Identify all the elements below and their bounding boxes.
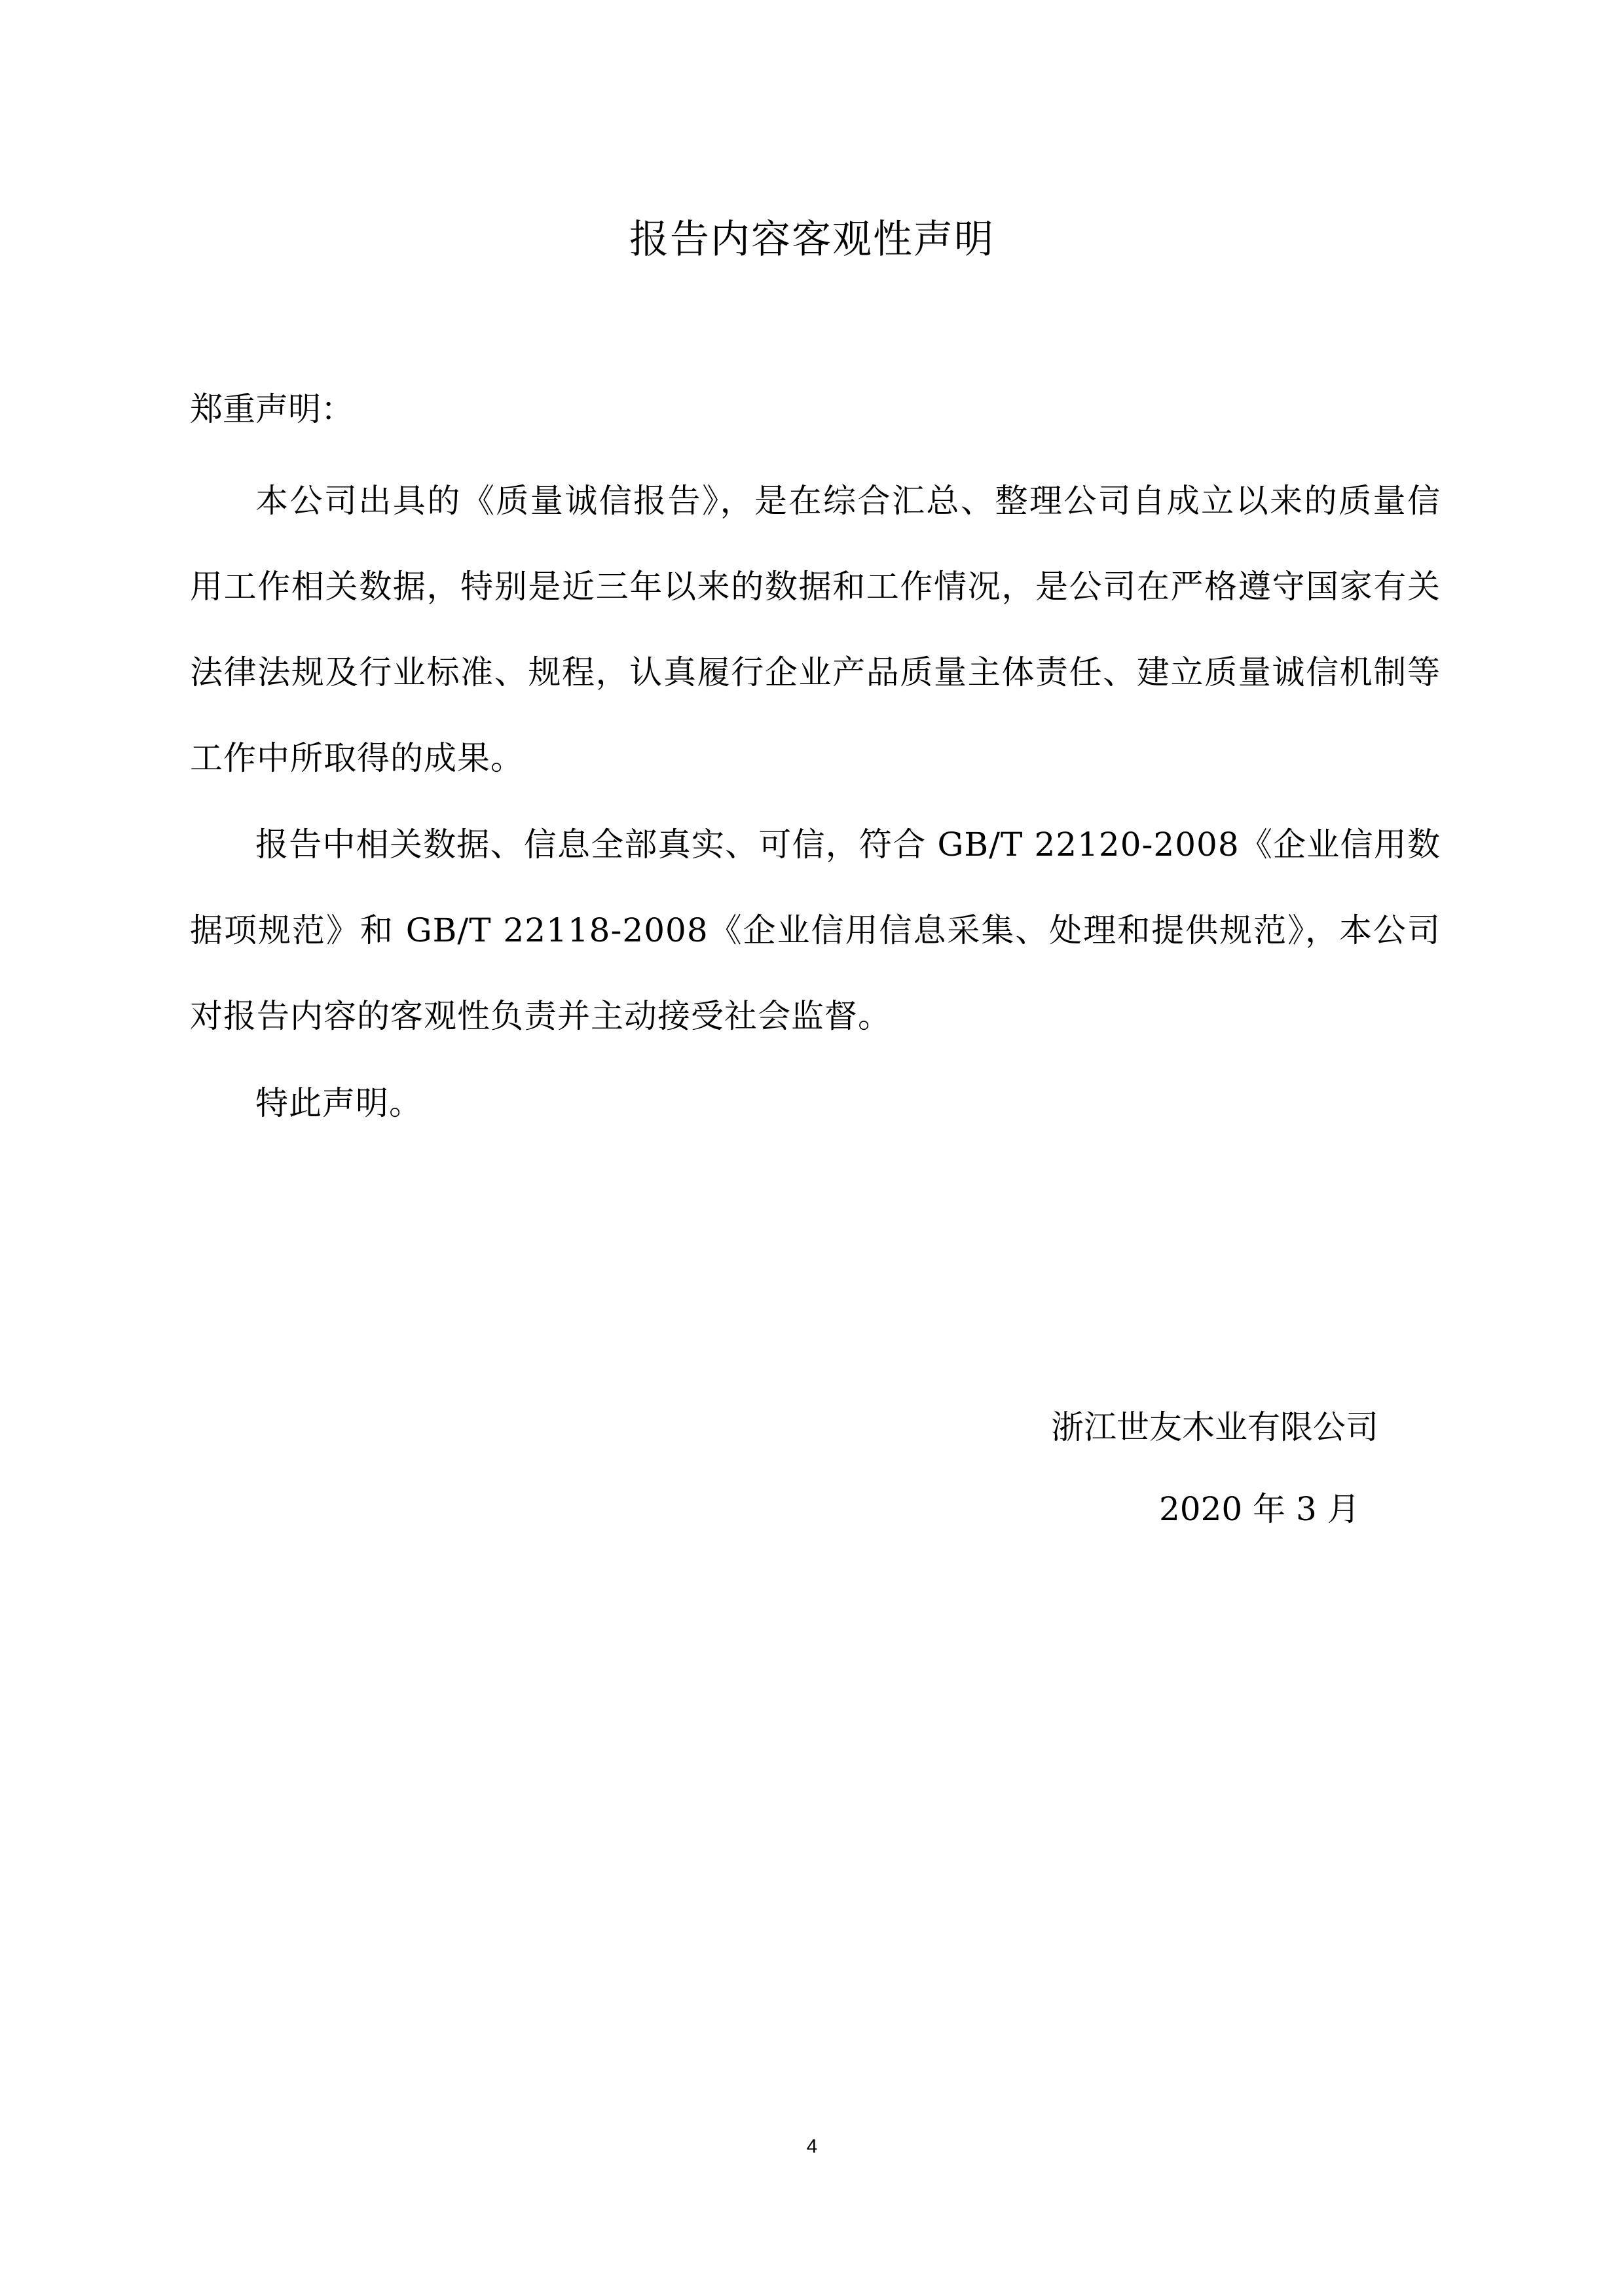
paragraph-report-origin: 本公司出具的《质量诚信报告》，是在综合汇总、整理公司自成立以来的质量信用工作相关… — [190, 458, 1441, 801]
paragraph-closing: 特此声明。 — [190, 1061, 1441, 1146]
page-title: 报告内容客观性声明 — [0, 208, 1624, 264]
paragraph-data-compliance: 报告中相关数据、信息全部真实、可信，符合 GB/T 22120-2008《企业信… — [190, 802, 1441, 1059]
page-number: 4 — [0, 2136, 1624, 2158]
salutation: 郑重声明： — [190, 383, 354, 430]
signature-date: 2020 年 3 月 — [1159, 1483, 1360, 1530]
signature-company: 浙江世友木业有限公司 — [1051, 1401, 1378, 1448]
